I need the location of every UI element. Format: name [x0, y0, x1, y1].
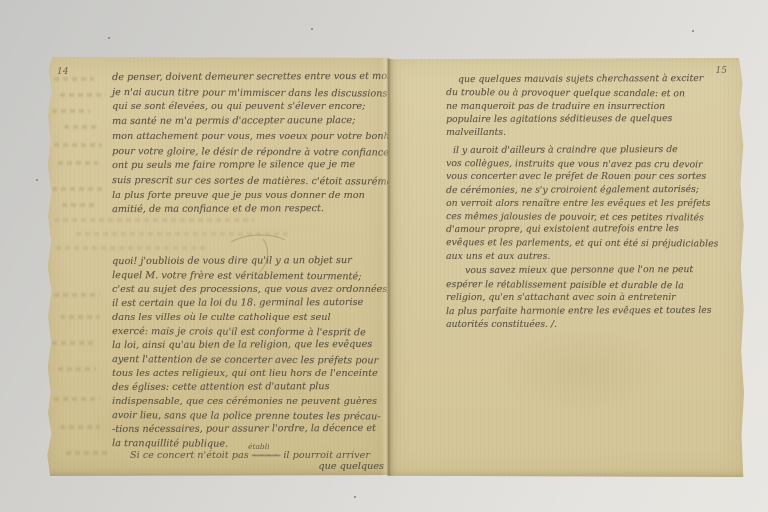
struck-word: ~~~~: [252, 450, 280, 461]
catchword: que quelques: [318, 461, 384, 472]
manuscript-line: la loi, ainsi qu'au bien de la religion,…: [112, 338, 391, 353]
page-number-right: 15: [716, 66, 727, 76]
manuscript-line: quoi! j'oubliois de vous dire qu'il y a …: [112, 254, 391, 269]
manuscript-line: vos collègues, instruits que vous n'avez…: [446, 157, 718, 172]
manuscript-line: indispensable, que ces cérémonies ne peu…: [112, 395, 391, 409]
manuscript-line: que quelques mauvais sujets cherchassent…: [458, 72, 703, 86]
manuscript-line: religion, qu'en s'attachant avec soin à …: [446, 291, 711, 305]
manuscript-left-page: 14 de penser, doivent demeurer secrettes…: [46, 57, 388, 476]
right-paragraph-2: il y auroit d'ailleurs à craindre que pl…: [446, 144, 718, 263]
photo-backdrop: 14 de penser, doivent demeurer secrettes…: [0, 0, 768, 512]
manuscript-line: du trouble ou à provoquer quelque scanda…: [446, 86, 703, 101]
manuscript-line: dans les villes où le culte catholique e…: [112, 311, 391, 325]
manuscript-line: tous les actes religieux, qui ont lieu h…: [112, 367, 391, 381]
manuscript-line: je n'ai aucun titre pour m'immiscer dans…: [112, 86, 408, 102]
manuscript-line: ne manqueroit pas de traduire en insurre…: [446, 100, 703, 113]
manuscript-line: des églises: cette attention est d'autan…: [112, 380, 391, 395]
manuscript-line: suis prescrit sur ces sortes de matières…: [112, 174, 408, 190]
closing-line: Si ce concert n'étoit pas ~~~~ il pourro…: [130, 450, 370, 461]
manuscript-line: ont pu seuls me faire rompre le silence …: [112, 158, 408, 174]
manuscript-line: populaire les agitations séditieuses de …: [446, 112, 703, 126]
manuscript-line: c'est au sujet des processions, que vous…: [112, 283, 391, 297]
dust-speck: [354, 496, 356, 498]
manuscript-line: evêques et les parlements, et qui ont ét…: [446, 236, 718, 251]
left-paragraph-1: de penser, doivent demeurer secrettes en…: [112, 71, 408, 218]
manuscript-line: de cérémonies, ne s'y croiroient égaleme…: [446, 182, 718, 196]
closing-text-after: il pourroit arriver: [280, 450, 370, 461]
manuscript-line: il est certain que la loi du 18. germina…: [112, 296, 391, 311]
manuscript-line: lequel M. votre frère est véritablement …: [112, 269, 391, 284]
left-paragraph-2: quoi! j'oubliois de vous dire qu'il y a …: [112, 255, 391, 451]
manuscript-line: qui se sont élevées, ou qui peuvent s'él…: [112, 100, 408, 115]
manuscript-line: malveillants.: [446, 126, 703, 139]
paper-stain: [498, 323, 668, 418]
manuscript-right-page: 15 que quelques mauvais sujets cherchass…: [388, 58, 744, 477]
inserted-correction-word: établi: [248, 442, 270, 451]
manuscript-line: vous savez mieux que personne que l'on n…: [465, 263, 712, 278]
right-paragraph-3: vous savez mieux que personne que l'on n…: [446, 264, 711, 332]
manuscript-line: ayent l'attention de se concerter avec l…: [112, 353, 391, 368]
manuscript-line: ma santé ne m'a permis d'accepter aucune…: [112, 114, 408, 130]
dust-speck: [311, 28, 313, 30]
manuscript-line: aux uns et aux autres.: [446, 250, 718, 263]
manuscript-line: on verroit alors renaître entre les evêq…: [446, 197, 718, 210]
manuscript-line: amitié, de ma confiance et de mon respec…: [112, 202, 408, 218]
dust-speck: [36, 179, 38, 181]
right-paragraph-1: que quelques mauvais sujets cherchassent…: [446, 73, 703, 139]
manuscript-line: il y auroit d'ailleurs à craindre que pl…: [453, 143, 718, 157]
manuscript-line: mon attachement pour vous, mes voeux pou…: [112, 130, 408, 145]
manuscript-line: vous concerter avec le préfet de Rouen p…: [446, 170, 718, 183]
manuscript-line: -tions nécessaires, pour assurer l'ordre…: [112, 422, 391, 437]
closing-text-before: Si ce concert n'étoit pas: [130, 450, 252, 461]
dust-speck: [108, 37, 110, 39]
manuscript-line: autorités constituées. /.: [446, 318, 711, 332]
dust-speck: [692, 30, 694, 32]
manuscript-line: la plus parfaite harmonie entre les evêq…: [446, 303, 712, 318]
page-number-left: 14: [57, 67, 68, 77]
manuscript-line: d'amour propre, qui existoient autrefois…: [446, 222, 718, 236]
manuscript-line: espérer le rétablissement paisible et du…: [446, 278, 712, 293]
manuscript-line: de penser, doivent demeurer secrettes en…: [112, 70, 408, 86]
